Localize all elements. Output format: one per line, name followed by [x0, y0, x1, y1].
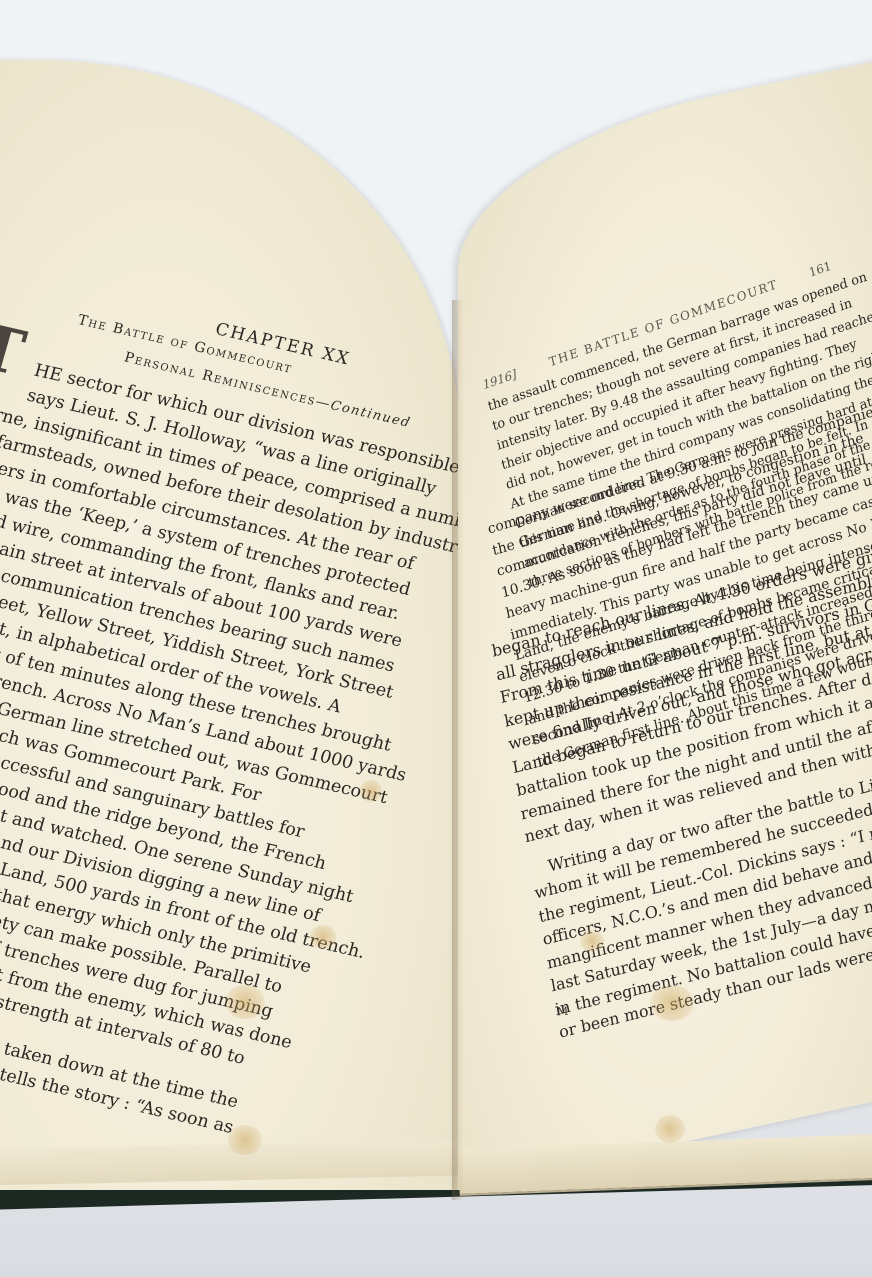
foxing-spot: [580, 930, 604, 952]
foxing-spot: [310, 925, 336, 949]
signature-mark: M: [557, 1005, 569, 1019]
foxing-spot: [655, 1115, 685, 1143]
foxing-spot: [228, 1125, 262, 1155]
book-gutter: [452, 300, 464, 1200]
foxing-spot: [360, 780, 382, 802]
book-photo: CHAPTER XX The Battle of Gommecourt Pers…: [0, 0, 872, 1277]
foxing-spot: [650, 985, 694, 1021]
foxing-spot: [225, 985, 265, 1019]
